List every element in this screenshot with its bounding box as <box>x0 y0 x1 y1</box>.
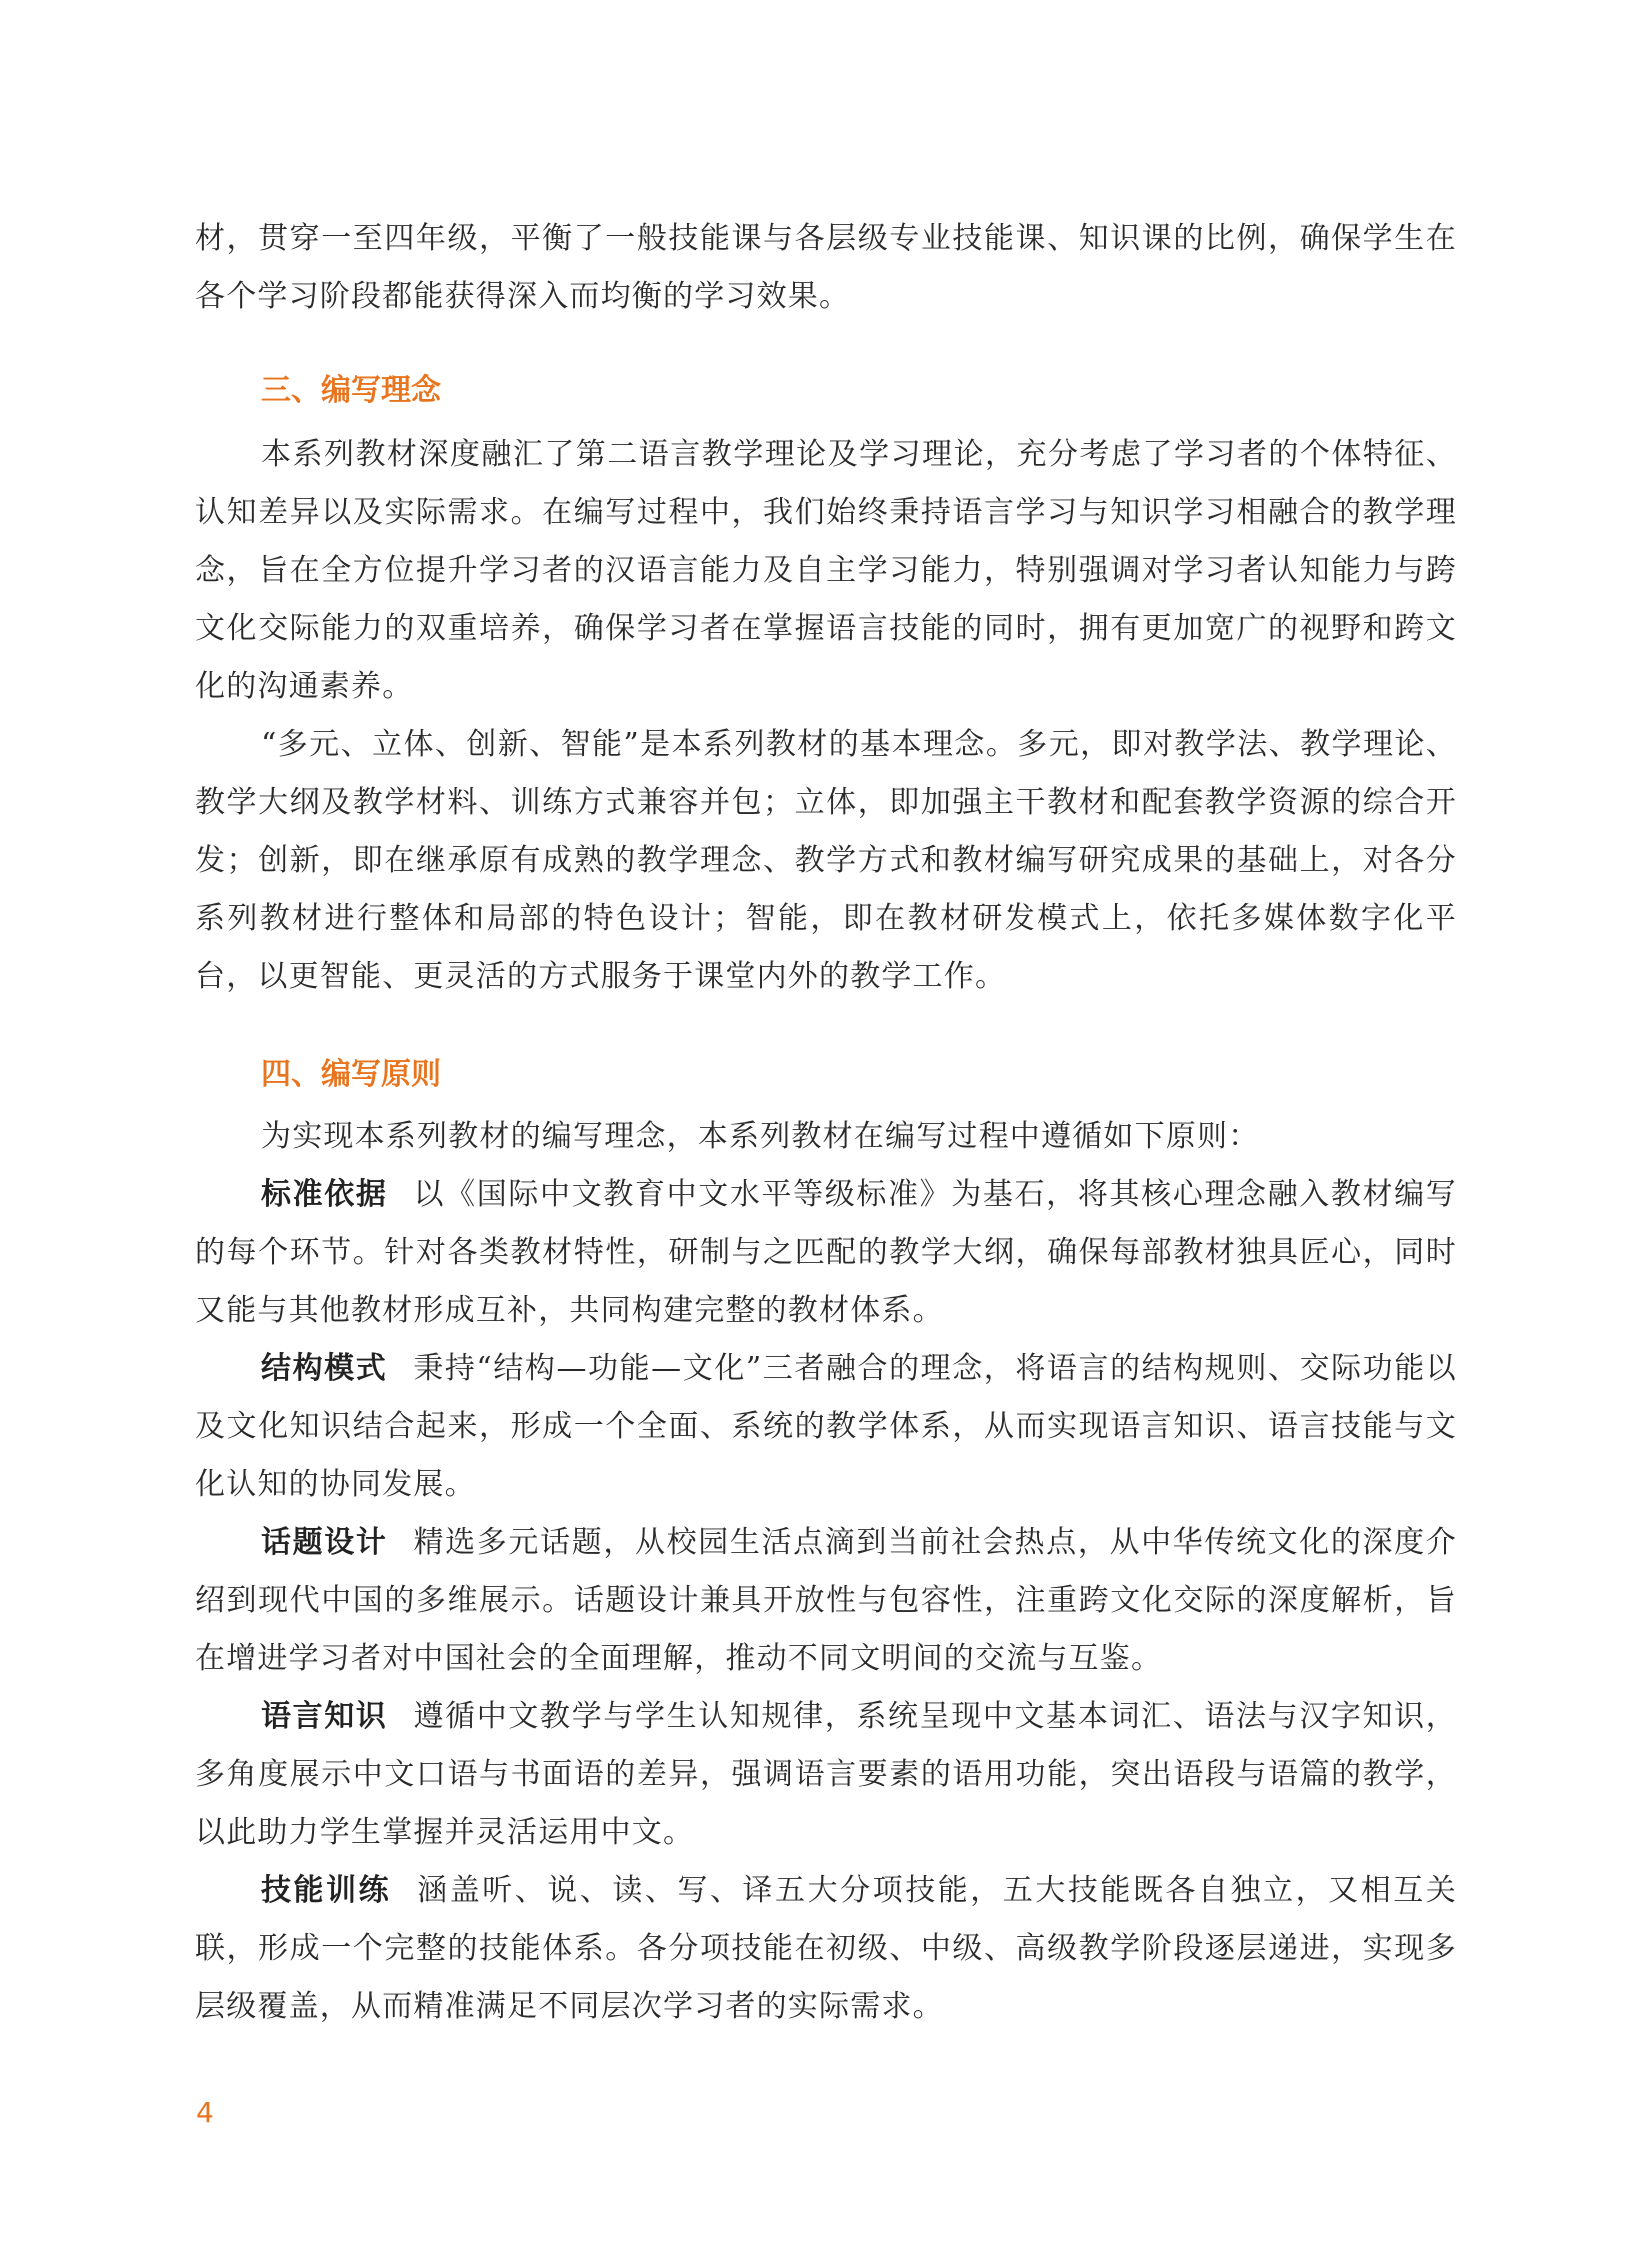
intro-paragraph: 为实现本系列教材的编写理念，本系列教材在编写过程中遵循如下原则： <box>195 1108 1457 1166</box>
principle-paragraph: 技能训练涵盖听、说、读、写、译五大分项技能，五大技能既各自独立，又相互关联，形成… <box>195 1862 1457 2036</box>
principle-paragraph: 标准依据以《国际中文教育中文水平等级标准》为基石，将其核心理念融入教材编写的每个… <box>195 1166 1457 1340</box>
principle-term: 标准依据 <box>261 1177 388 1212</box>
section-heading-4: 四、编写原则 <box>195 1046 1457 1104</box>
continuation-paragraph: 材，贯穿一至四年级，平衡了一般技能课与各层级专业技能课、知识课的比例，确保学生在… <box>195 210 1457 326</box>
principle-term: 技能训练 <box>261 1873 391 1908</box>
principle-term: 语言知识 <box>261 1699 388 1734</box>
page-body: 材，贯穿一至四年级，平衡了一般技能课与各层级专业技能课、知识课的比例，确保学生在… <box>195 210 1457 2036</box>
principle-paragraph: 语言知识遵循中文教学与学生认知规律，系统呈现中文基本词汇、语法与汉字知识，多角度… <box>195 1688 1457 1862</box>
principle-paragraph: 话题设计精选多元话题，从校园生活点滴到当前社会热点，从中华传统文化的深度介绍到现… <box>195 1514 1457 1688</box>
paragraph: “多元、立体、创新、智能”是本系列教材的基本理念。多元，即对教学法、教学理论、教… <box>195 716 1457 1006</box>
principle-paragraph: 结构模式秉持“结构—功能—文化”三者融合的理念，将语言的结构规则、交际功能以及文… <box>195 1340 1457 1514</box>
page-number: 4 <box>196 2096 214 2129</box>
paragraph: 本系列教材深度融汇了第二语言教学理论及学习理论，充分考虑了学习者的个体特征、认知… <box>195 426 1457 716</box>
section-heading-3: 三、编写理念 <box>195 362 1457 420</box>
principle-term: 结构模式 <box>261 1351 387 1386</box>
principle-term: 话题设计 <box>261 1525 388 1560</box>
